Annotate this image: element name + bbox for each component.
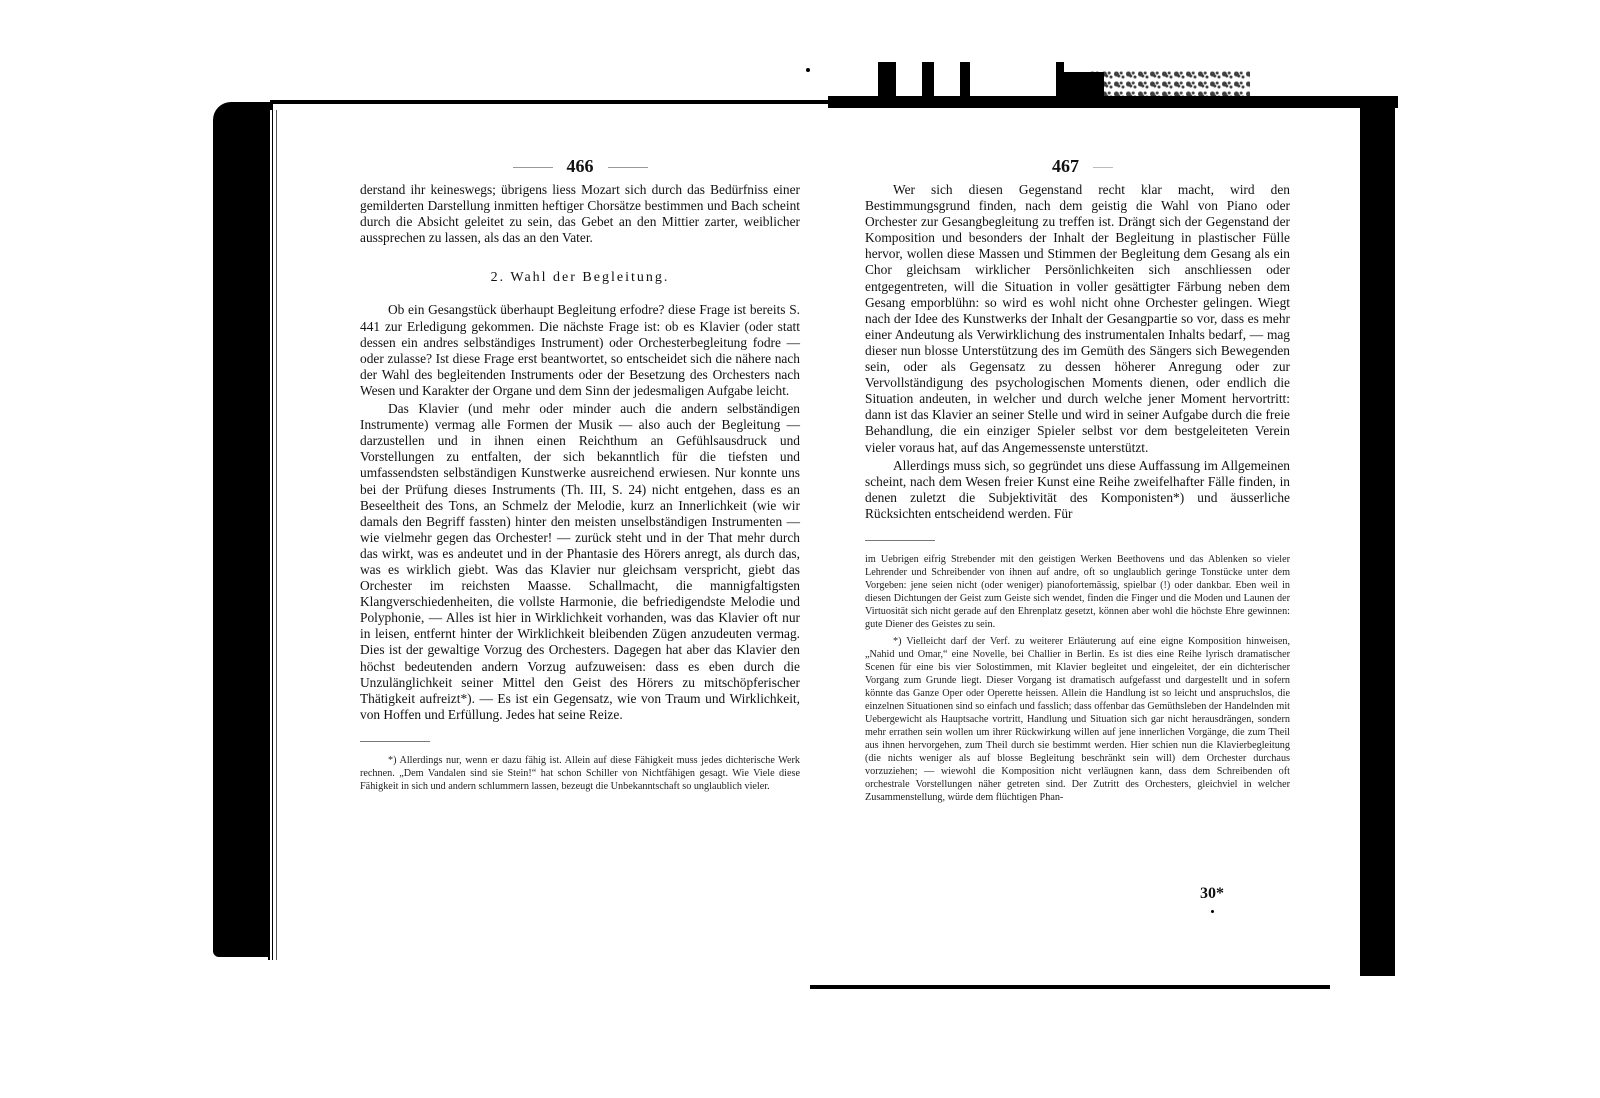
paragraph: Wer sich diesen Gegenstand recht klar ma… bbox=[865, 182, 1290, 456]
scan-dot bbox=[1211, 910, 1214, 913]
footnote-rule bbox=[360, 741, 430, 742]
body-text: Wer sich diesen Gegenstand recht klar ma… bbox=[865, 182, 1290, 522]
paragraph: Ob ein Gesangstück überhaupt Begleitung … bbox=[360, 302, 800, 399]
scan-tab-mark bbox=[1056, 62, 1064, 100]
book-scan bbox=[0, 0, 1600, 1098]
right-page: 467 Wer sich diesen Gegenstand recht kla… bbox=[865, 150, 1290, 808]
footnotes: *) Allerdings nur, wenn er dazu fähig is… bbox=[360, 754, 800, 793]
book-cover-right bbox=[1360, 96, 1395, 976]
paragraph: derstand ihr keineswegs; übrigens liess … bbox=[360, 182, 800, 246]
footnotes: im Uebrigen eifrig Strebender mit den ge… bbox=[865, 553, 1290, 804]
scan-tab-mark bbox=[960, 62, 970, 100]
footnote: *) Allerdings nur, wenn er dazu fähig is… bbox=[360, 754, 800, 793]
header-rule bbox=[1093, 167, 1113, 168]
page-top-edge-left bbox=[270, 100, 830, 104]
paragraph: Allerdings muss sich, so gegründet uns d… bbox=[865, 458, 1290, 522]
page-bottom-edge-right bbox=[810, 985, 1330, 989]
body-text: derstand ihr keineswegs; übrigens liess … bbox=[360, 182, 800, 723]
page-number-header: 466 bbox=[360, 150, 800, 182]
footnote-rule bbox=[865, 540, 935, 541]
section-heading: 2. Wahl der Begleitung. bbox=[360, 270, 800, 286]
paragraph: Das Klavier (und mehr oder minder auch d… bbox=[360, 401, 800, 723]
header-rule bbox=[513, 167, 553, 168]
scan-dot bbox=[806, 68, 810, 72]
page-number: 467 bbox=[1052, 156, 1079, 176]
header-rule bbox=[608, 167, 648, 168]
scan-tab-mark bbox=[922, 62, 934, 100]
page-edges-left bbox=[268, 110, 290, 960]
book-cover-left bbox=[213, 102, 273, 957]
page-number: 466 bbox=[567, 156, 594, 176]
footnote: im Uebrigen eifrig Strebender mit den ge… bbox=[865, 553, 1290, 631]
scan-noise bbox=[1090, 70, 1250, 100]
page-number-header: 467 bbox=[865, 150, 1290, 182]
signature-mark: 30* bbox=[1200, 885, 1224, 903]
left-page: 466 derstand ihr keineswegs; übrigens li… bbox=[360, 150, 800, 797]
footnote: *) Vielleicht darf der Verf. zu weiterer… bbox=[865, 635, 1290, 804]
scan-tab-mark bbox=[878, 62, 896, 100]
